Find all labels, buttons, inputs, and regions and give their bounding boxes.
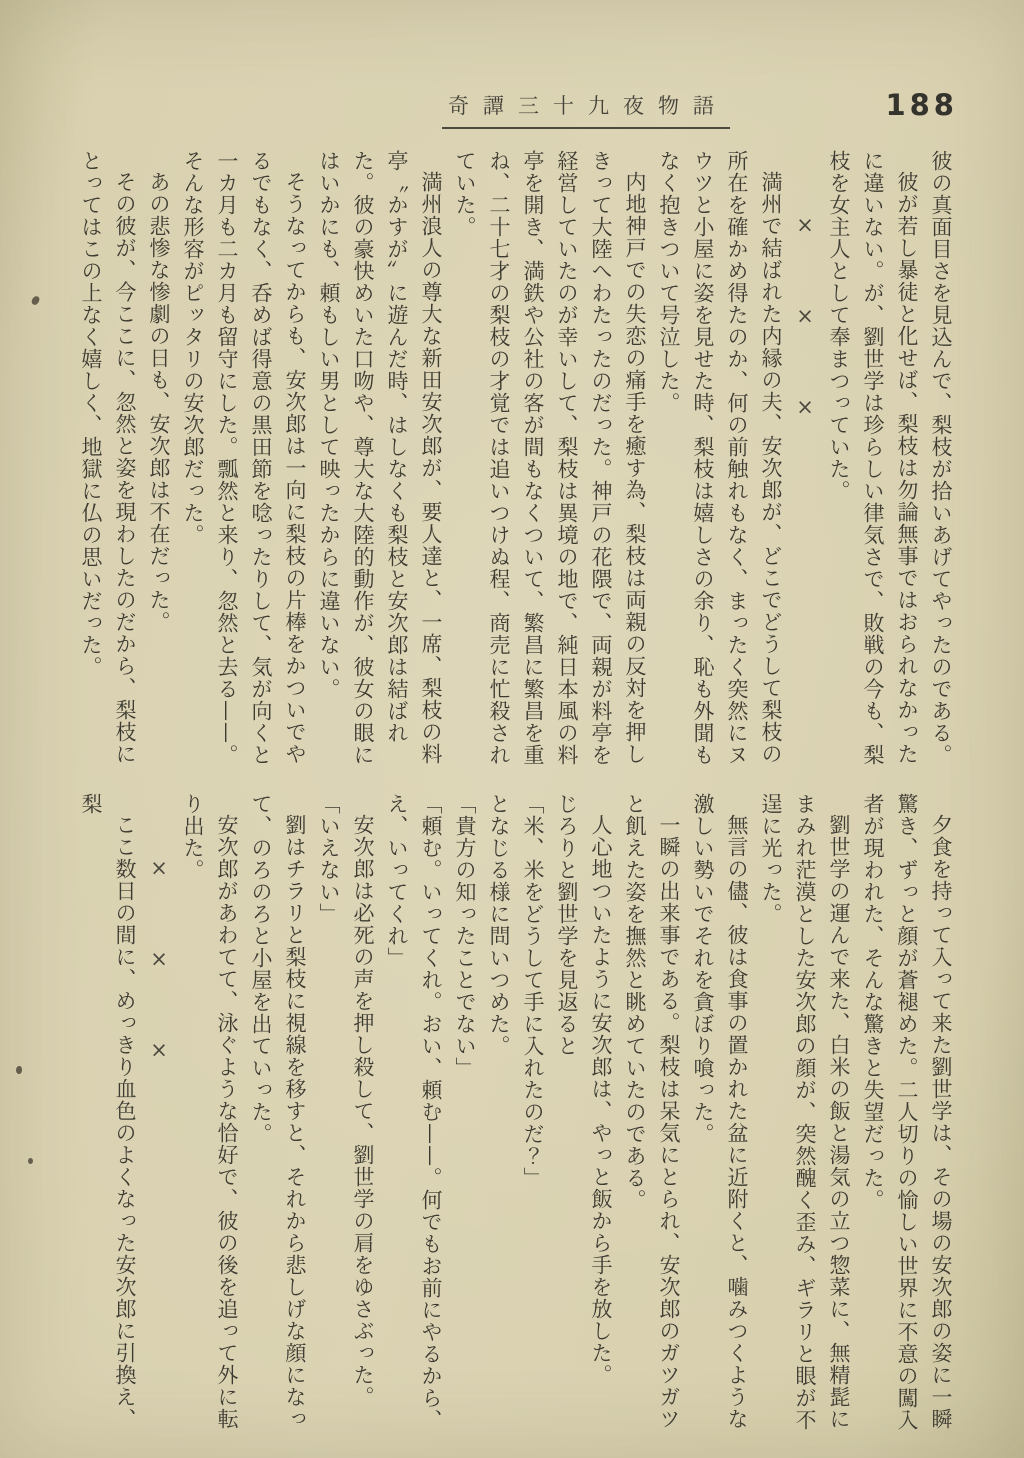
section-separator: × × × xyxy=(142,793,176,1433)
text-section-top: 彼の真面目さを見込んで、梨枝が拾いあげてやったのである。彼が若し暴徒と化せば、梨… xyxy=(104,150,958,772)
paragraph: ここ数日の間に、めっきり血色のよくなった安次郎に引換え、梨 xyxy=(74,793,142,1433)
paragraph: 「米、米をどうして手に入れたのだ？」 xyxy=(516,793,550,1433)
paragraph: 「いえない」 xyxy=(312,793,346,1433)
paragraph: 「貴方の知ったことでない」 xyxy=(448,793,482,1433)
page-number: 188 xyxy=(885,88,958,122)
ink-speck xyxy=(16,1066,22,1074)
paragraph: 「頼む。いってくれ。おい、頼む——。何でもお前にやるから、え、いってくれ」 xyxy=(380,793,448,1433)
paragraph: 夕食を持って入って来た劉世学は、その場の安次郎の姿に一瞬驚き、ずっと顔が蒼褪めた… xyxy=(856,793,958,1433)
paragraph: 劉はチラリと梨枝に視線を移すと、それから悲しげな顔になって、のろのろと小屋を出て… xyxy=(244,793,312,1433)
paragraph: となじる様に問いつめた。 xyxy=(482,793,516,1433)
ink-speck xyxy=(31,295,41,306)
ink-speck xyxy=(28,1158,33,1164)
paragraph: 無言の儘、彼は食事の置かれた盆に近附くと、噛みつくような激しい勢いでそれを貪ぼり… xyxy=(686,793,754,1433)
section-separator: × × × xyxy=(788,150,822,772)
running-title: 奇譚三十九夜物語 xyxy=(442,90,730,129)
paragraph: 満州で結ばれた内縁の夫、安次郎が、どこでどうして梨枝の所在を確かめ得たのか、何の… xyxy=(652,150,788,772)
paragraph: そうなってからも、安次郎は一向に梨枝の片棒をかついでやるでもなく、呑めば得意の黒… xyxy=(176,150,312,772)
paragraph: 内地神戸での失恋の痛手を癒す為、梨枝は両親の反対を押しきって大陸へわたったのだっ… xyxy=(448,150,652,772)
paragraph: 一瞬の出来事である。梨枝は呆気にとられ、安次郎のガツガツと飢えた姿を撫然と眺めて… xyxy=(618,793,686,1433)
paragraph: 安次郎があわてて、泳ぐような恰好で、彼の後を追って外に転り出た。 xyxy=(176,793,244,1433)
paragraph: その彼が、今ここに、忽然と姿を現わしたのだから、梨枝にとってはこの上なく嬉しく、… xyxy=(74,150,142,772)
text-section-bottom: 夕食を持って入って来た劉世学は、その場の安次郎の姿に一瞬驚き、ずっと顔が蒼褪めた… xyxy=(104,793,958,1433)
paragraph: 彼が若し暴徒と化せば、梨枝は勿論無事ではおられなかったに違いない。が、劉世学は珍… xyxy=(822,150,924,772)
paragraph: 劉世学の運んで来た、白米の飯と湯気の立つ惣菜に、無精髭にまみれ茫漠とした安次郎の… xyxy=(754,793,856,1433)
paragraph: 安次郎は必死の声を押し殺して、劉世学の肩をゆさぶった。 xyxy=(346,793,380,1433)
paragraph: 満州浪人の尊大な新田安次郎が、要人達と、一席、梨枝の料亭〝かすが〟に遊んだ時、は… xyxy=(312,150,448,772)
paragraph: じろりと劉世学を見返ると xyxy=(550,793,584,1433)
paragraph: 彼の真面目さを見込んで、梨枝が拾いあげてやったのである。 xyxy=(924,150,958,772)
paragraph: あの悲惨な惨劇の日も、安次郎は不在だった。 xyxy=(142,150,176,772)
paragraph: 人心地ついたように安次郎は、やっと飯から手を放した。 xyxy=(584,793,618,1433)
page-header: 奇譚三十九夜物語 188 xyxy=(0,0,1024,140)
